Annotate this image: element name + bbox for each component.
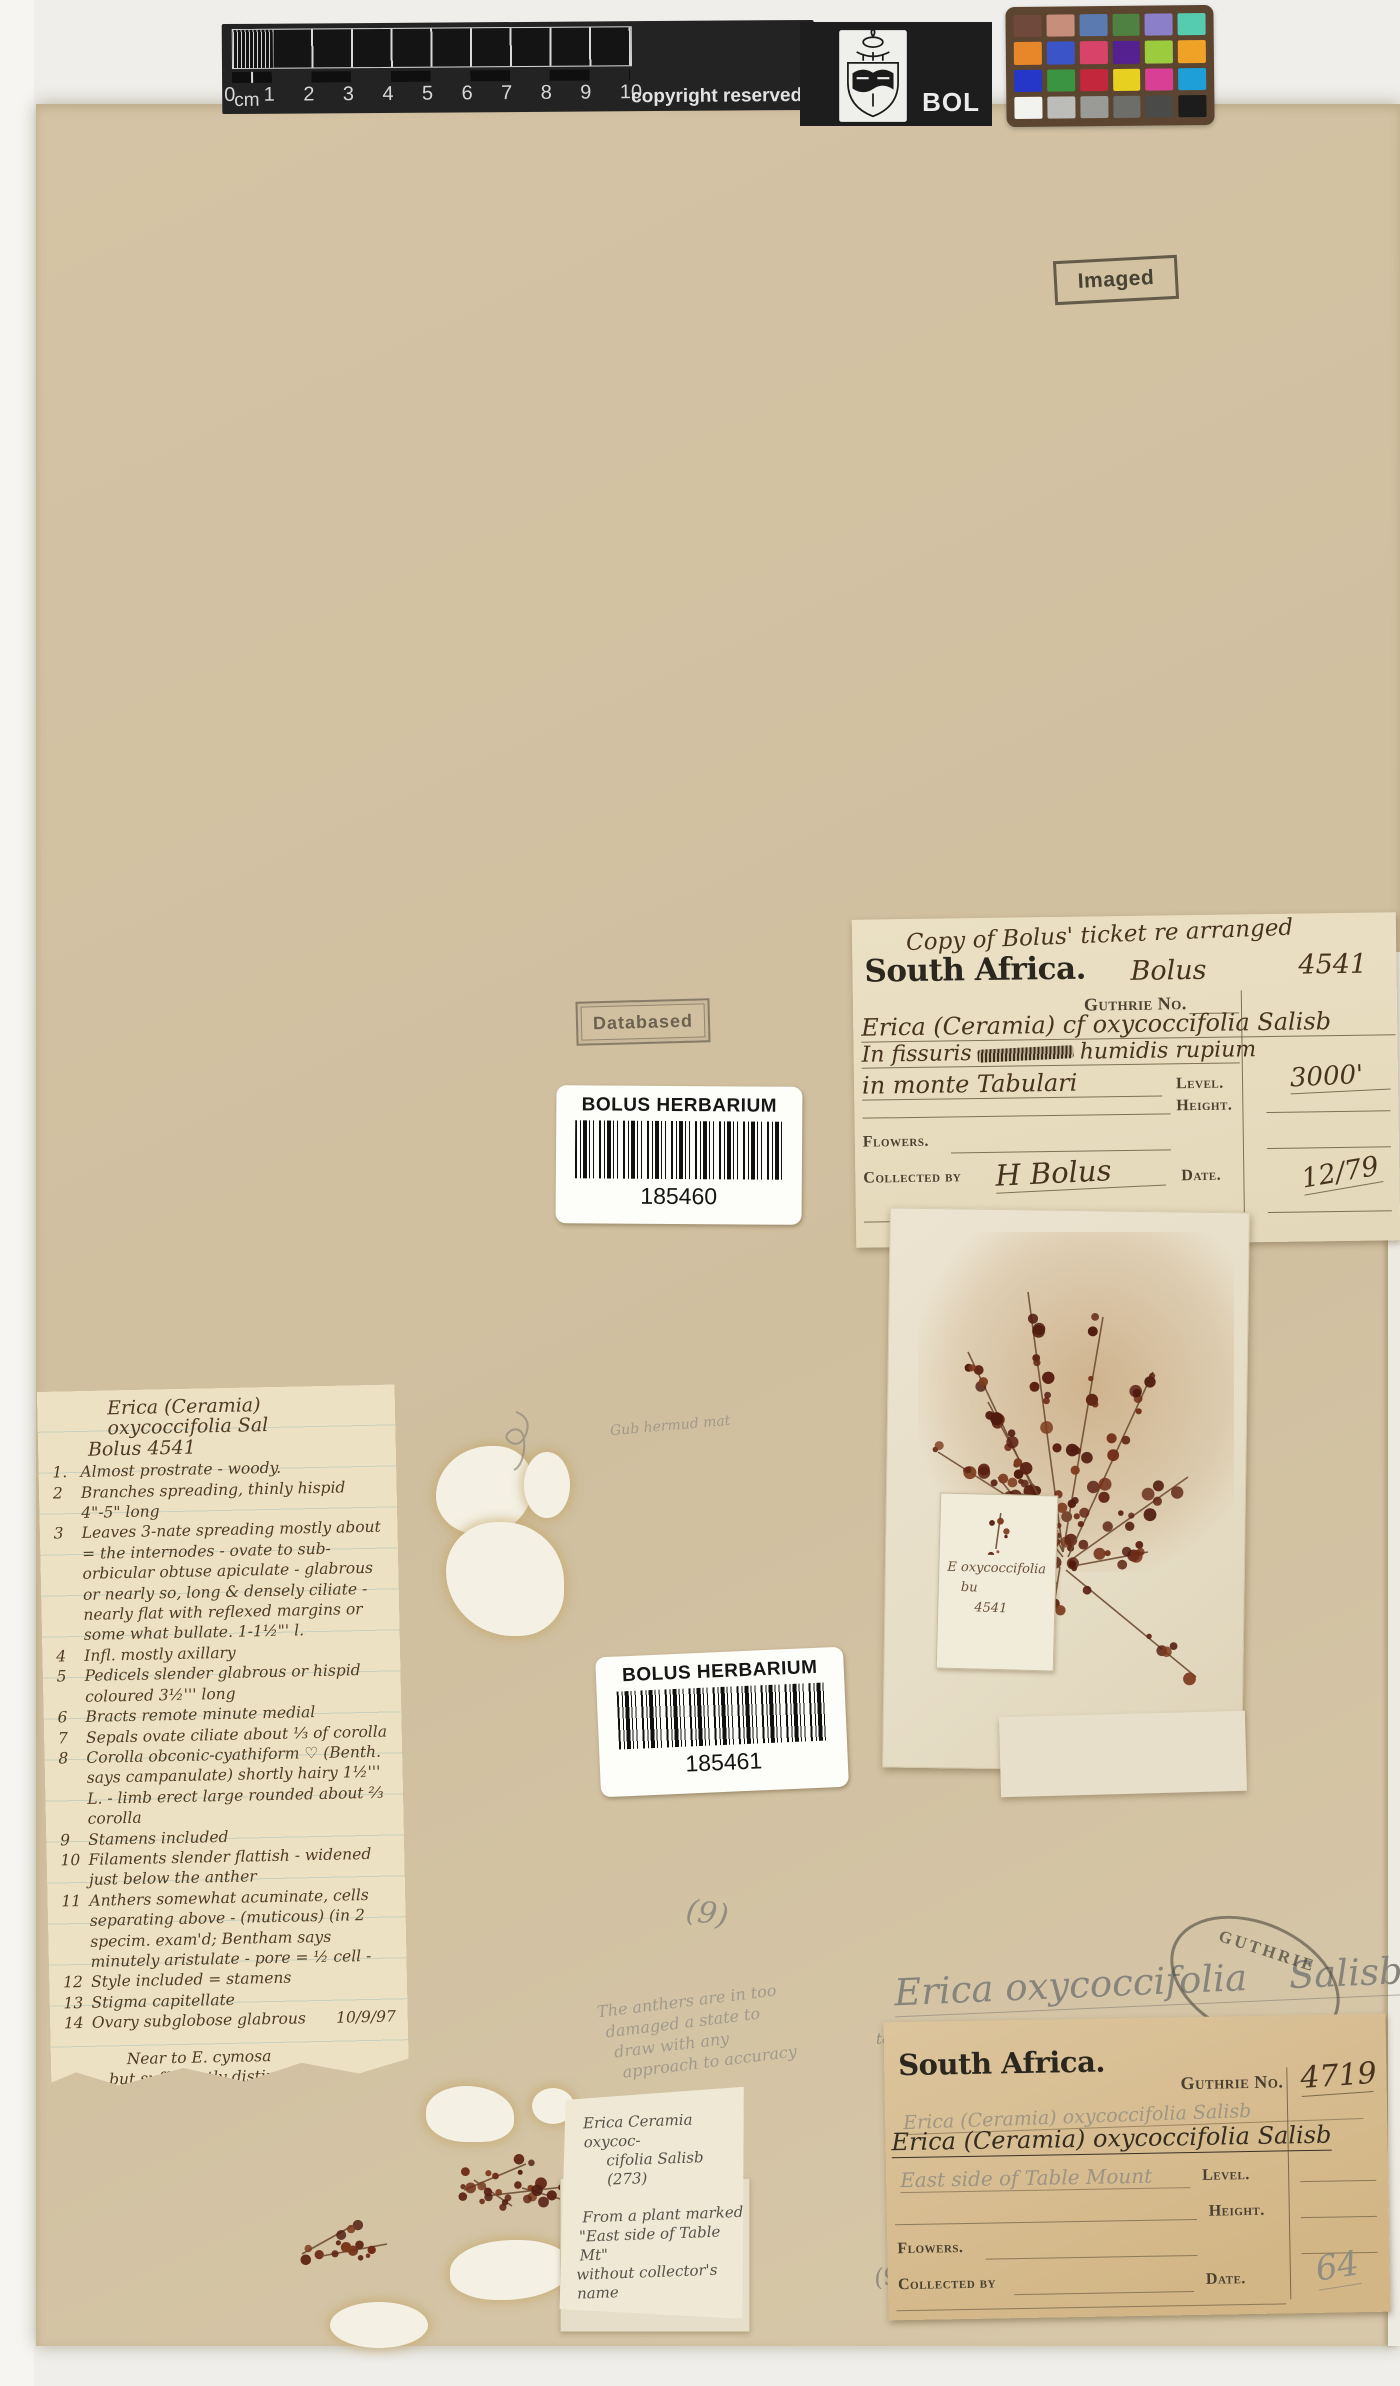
color-patch: [1014, 69, 1042, 92]
color-patch: [1013, 15, 1041, 38]
color-patch: [1113, 68, 1141, 91]
blank-line: [1300, 2180, 1376, 2182]
pencil-squiggle: [496, 1404, 542, 1474]
note-item-number: 1.: [52, 1462, 80, 1483]
blank-line: [1014, 2291, 1194, 2295]
note-date: 10/9/97: [330, 2007, 396, 2029]
blank-line: [1266, 1110, 1390, 1113]
ruler-number: 3: [343, 83, 354, 106]
color-patch: [1178, 40, 1206, 63]
note-item-number: 3: [54, 1523, 85, 1646]
note-item: 2Branches spreading, thinly hispid 4"-5"…: [53, 1476, 386, 1524]
note-item-text: Filaments slender flattish - widened jus…: [88, 1843, 393, 1890]
note-item-number: 6: [57, 1707, 85, 1728]
note-item-number: 5: [56, 1666, 85, 1707]
color-patch: [1014, 42, 1042, 65]
notes-item-list: 1.Almost prostrate - woody.2Branches spr…: [52, 1456, 396, 2034]
country-heading: South Africa.: [898, 2045, 1105, 2083]
habitat-line-2: in monte Tabulari: [862, 1067, 1162, 1100]
note-item-number: 7: [58, 1727, 86, 1748]
color-patch: [1047, 69, 1075, 92]
barcode-institution: BOLUS HERBARIUM: [622, 1657, 818, 1688]
slip-text-line: E oxycoccifolia: [947, 1558, 1046, 1581]
color-patch: [1145, 41, 1173, 64]
ruler-cm-blocks: [232, 26, 632, 69]
note-item: 11Anthers somewhat acuminate, cells sepa…: [61, 1884, 395, 1973]
ruler-number: 2: [303, 83, 314, 106]
color-patch: [1145, 68, 1173, 91]
ruler-number: 1: [264, 84, 275, 107]
copyright-text: copyright reserved: [631, 85, 802, 108]
loose-plant-fragment: [292, 2214, 402, 2274]
guthrie-label: South Africa. Guthrie No. 4719 Erica (Ce…: [883, 2014, 1390, 2321]
habitat-line-1: In fissurishumidis rupium: [861, 1036, 1239, 1068]
scanned-herbarium-sheet: 012345678910 cm copyright reserved BOL I…: [0, 0, 1400, 2386]
blank-line: [1267, 1146, 1391, 1149]
barcode-bars: [575, 1120, 783, 1179]
handwritten-notes-page: Erica (Ceramia) oxycoccifolia Sal Bolus …: [37, 1384, 410, 2089]
height-label: Height.: [1176, 1097, 1232, 1116]
guthrie-no-label: Guthrie No.: [1180, 2071, 1283, 2094]
barcode-label-185460: BOLUS HERBARIUM 185460: [556, 1085, 803, 1225]
pencil-number-64: 64: [1313, 2243, 1362, 2290]
color-patch: [1112, 41, 1140, 64]
color-patch: [1178, 95, 1206, 118]
note-item-text: Pedicels slender glabrous or hispid colo…: [84, 1660, 389, 1707]
level-value: 3000': [1289, 1059, 1390, 1095]
blank-line: [895, 2219, 1197, 2225]
fragment-label-text: Erica Ceramia oxycoc-cifolia Salisb (273…: [583, 2109, 751, 2304]
fragment-label-line: "East side of Table Mt": [579, 2222, 750, 2266]
color-patch: [1079, 14, 1107, 37]
color-patch: [1112, 14, 1140, 37]
ruler-number: 8: [541, 82, 552, 105]
note-item-text: Anthers somewhat acuminate, cells separa…: [89, 1884, 395, 1972]
color-patch: [1145, 13, 1173, 36]
date-label: Date.: [1181, 1167, 1221, 1186]
notes-title: Erica (Ceramia) oxycoccifolia Sal: [107, 1393, 384, 1440]
habitat-text-post: humidis rupium: [1080, 1037, 1257, 1064]
note-item: 3Leaves 3-nate spreading mostly about = …: [54, 1517, 388, 1646]
color-patch: [1178, 67, 1206, 90]
scale-bar-ruler: 012345678910 cm copyright reserved: [222, 20, 815, 114]
ruler-mm-ticks: [233, 30, 273, 68]
barcode-number: 185460: [640, 1183, 717, 1211]
note-item-number: 9: [60, 1829, 88, 1850]
packet-determination-slip: E oxycoccifoliabu4541: [936, 1492, 1059, 1671]
note-item-text: Ovary subglobose glabrous: [92, 2008, 331, 2033]
note-item-number: 11: [61, 1891, 91, 1973]
ruler-number: 4: [382, 83, 393, 106]
date-value: 12/79: [1299, 1150, 1383, 1195]
imaged-stamp-text: Imaged: [1077, 266, 1155, 294]
slip-text-line: bu: [961, 1578, 1046, 1600]
locality-pencil: East side of Table Mount: [900, 2163, 1190, 2193]
ruler-number: 5: [422, 83, 433, 106]
blank-line: [1268, 1210, 1392, 1213]
notes-body: Erica (Ceramia) oxycoccifolia Sal Bolus …: [51, 1393, 397, 2091]
height-label: Height.: [1209, 2202, 1265, 2221]
herbarium-code-label: BOL: [922, 87, 980, 118]
country-heading: South Africa.: [864, 951, 1086, 990]
note-item-number: 10: [60, 1850, 89, 1891]
flowers-label: Flowers.: [897, 2239, 963, 2258]
note-item-number: 8: [58, 1748, 88, 1830]
note-item-number: 4: [56, 1646, 84, 1667]
barcode-label-185461: BOLUS HERBARIUM 185461: [595, 1647, 849, 1798]
color-patch: [1079, 41, 1107, 64]
scribbled-out-word: [977, 1045, 1074, 1063]
color-patch: [1178, 13, 1206, 36]
color-patch: [1113, 95, 1141, 118]
habitat-text-pre: In fissuris: [861, 1041, 971, 1068]
blank-line: [863, 1113, 1171, 1118]
collected-by-label: Collected by: [863, 1168, 961, 1187]
ruler-numbers: 012345678910: [224, 81, 642, 107]
note-item-number: 12: [63, 1972, 91, 1993]
collector-name: Bolus: [1130, 955, 1206, 987]
color-patch: [1046, 14, 1074, 37]
note-item: 5Pedicels slender glabrous or hispid col…: [56, 1660, 389, 1708]
date-label: Date.: [1206, 2270, 1246, 2289]
level-label: Level.: [1176, 1075, 1224, 1094]
fragment-label: Erica Ceramia oxycoc-cifolia Salisb (273…: [552, 2087, 752, 2326]
pencil-mark: (9): [684, 1893, 731, 1934]
fragment-label-line: Erica Ceramia oxycoc-: [583, 2109, 746, 2153]
fragment-label-line: without collector's name: [576, 2260, 751, 2304]
barcode-institution: BOLUS HERBARIUM: [582, 1094, 778, 1117]
ruler-number: 7: [501, 82, 512, 105]
color-patch: [1047, 42, 1075, 65]
barcode-number: 185461: [685, 1747, 763, 1777]
color-patch: [1080, 96, 1108, 119]
color-patch: [1014, 96, 1042, 119]
tissue-patch: [330, 2302, 428, 2348]
guthrie-no-value: 4719: [1299, 2056, 1373, 2097]
color-checker-grid: [1005, 5, 1214, 127]
databased-stamp: Databased: [575, 998, 710, 1045]
ruler-number: 6: [461, 82, 472, 105]
note-item-number: 14: [64, 2013, 92, 2034]
collected-by-value: H Bolus: [995, 1151, 1167, 1194]
note-item: 8Corolla obconic-cyathiform ♡ (Benth. sa…: [58, 1741, 392, 1830]
note-item-text: Corolla obconic-cyathiform ♡ (Benth. say…: [86, 1741, 392, 1829]
blank-line: [1301, 2216, 1377, 2218]
blank-line: [896, 2303, 1286, 2311]
level-label: Level.: [1202, 2166, 1250, 2185]
ruler-number: 9: [580, 81, 591, 104]
slip-sprig-drawing: [968, 1504, 1029, 1556]
note-item-number: 13: [63, 1993, 91, 2014]
fragment-label-line: cifolia Salisb (273): [606, 2147, 747, 2190]
slip-text: E oxycoccifoliabu4541: [946, 1558, 1046, 1621]
ink-species-line: Erica (Ceramia) oxycoccifolia Salisb: [891, 2121, 1331, 2159]
herbarium-logo-panel: BOL: [800, 22, 992, 126]
blank-line: [986, 2255, 1198, 2260]
collector-number: 4541: [1298, 949, 1367, 981]
note-item-number: 2: [53, 1483, 82, 1524]
ruler-half-tick: [251, 72, 253, 83]
imaged-stamp: Imaged: [1053, 255, 1179, 305]
flowers-label: Flowers.: [863, 1133, 929, 1152]
university-crest-icon: [834, 28, 912, 124]
note-item-text: Leaves 3-nate spreading mostly about = t…: [81, 1517, 387, 1646]
ruler-unit-label: cm: [234, 90, 259, 112]
note-item-text: Branches spreading, thinly hispid 4"-5" …: [81, 1476, 386, 1523]
barcode-bars: [617, 1682, 827, 1749]
slip-text-line: 4541: [974, 1598, 1045, 1620]
label-header-note: Copy of Bolus' ticket re arranged: [906, 915, 1294, 957]
color-checker-card: [1005, 5, 1214, 127]
note-item: 10Filaments slender flattish - widened j…: [60, 1843, 393, 1891]
collected-by-label: Collected by: [898, 2274, 996, 2294]
color-patch: [1146, 95, 1174, 118]
bolus-ticket-copy-label: Copy of Bolus' ticket re arranged South …: [852, 912, 1400, 1248]
color-patch: [1080, 69, 1108, 92]
color-patch: [1047, 96, 1075, 119]
databased-stamp-text: Databased: [593, 1010, 694, 1034]
